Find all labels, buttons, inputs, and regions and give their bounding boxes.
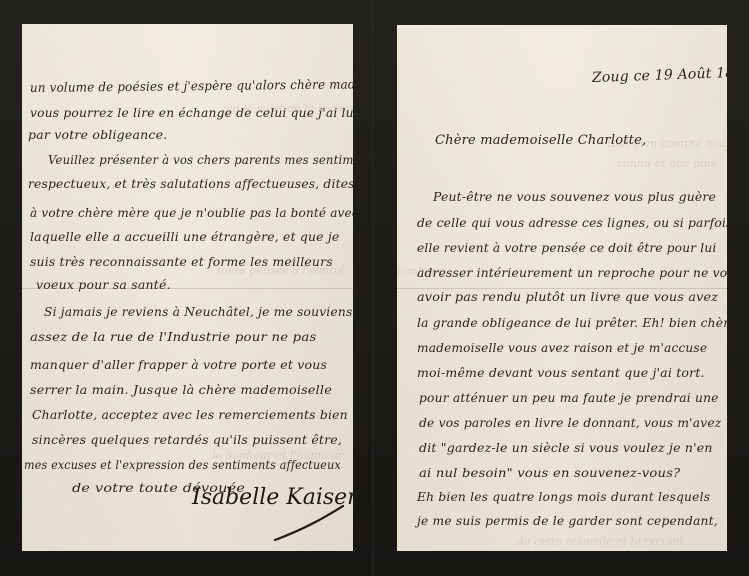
letter-line: la grande obligeance de lui prêter. Eh! … — [417, 315, 727, 330]
letter-line: respectueux, et très salutations affectu… — [28, 176, 353, 191]
letter-line: ai nul besoin" vous en souvenez-vous? — [419, 465, 680, 480]
letter-line: avoir pas rendu plutôt un livre que vous… — [417, 289, 718, 304]
signature-flourish — [267, 502, 347, 542]
letter-line: de celle qui vous adresse ces lignes, ou… — [417, 215, 727, 230]
letter-line: voeux pour sa santé. — [36, 277, 171, 292]
letter-line: mes excuses et l'expression des sentimen… — [24, 457, 341, 472]
letter-line: manquer d'aller frapper à votre porte et… — [30, 357, 327, 372]
letter-line: dit "gardez-le un siècle si vous voulez … — [419, 440, 713, 455]
letter-line: sincères quelques retardés qu'ils puisse… — [32, 432, 342, 447]
letter-line: suis très reconnaissante et forme les me… — [30, 254, 333, 269]
letter-line: je me suis permis de le garder sont cepe… — [417, 513, 718, 528]
letter-line: Eh bien les quatre longs mois durant les… — [417, 489, 710, 504]
salutation: Chère mademoiselle Charlotte, — [435, 133, 646, 148]
letter-line: Charlotte, acceptez avec les remerciemen… — [32, 407, 348, 422]
letter-line: moi-même devant vous sentant que j'ai to… — [417, 365, 705, 380]
letter-page-right: tout bien compté nous les convainc connu… — [397, 25, 727, 551]
letter-line: par votre obligeance. — [28, 127, 167, 142]
letter-line: adresser intérieurement un reproche pour… — [417, 265, 727, 280]
letter-page-left: qui le sujet de la lecture toute pensée … — [22, 24, 353, 551]
letter-line: laquelle elle a accueilli une étrangère,… — [30, 229, 339, 244]
letter-line: assez de la rue de l'Industrie pour ne p… — [30, 329, 316, 344]
letter-line: un volume de poésies et j'espère qu'alor… — [30, 76, 353, 95]
letter-line: de vos paroles en livre le donnant, vous… — [419, 415, 721, 430]
letter-line: mademoiselle vous avez raison et je m'ac… — [417, 340, 707, 355]
letter-line: pour atténuer un peu ma faute je prendra… — [419, 390, 719, 405]
center-gutter — [372, 0, 374, 576]
bleed-through-text: de cette nouvelle et le recueil — [517, 535, 683, 548]
letter-line: Si jamais je reviens à Neuchâtel, je me … — [44, 304, 352, 319]
letter-line: Peut-être ne vous souvenez vous plus guè… — [433, 189, 716, 204]
letter-line: Veuillez présenter à vos chers parents m… — [48, 152, 353, 167]
letter-line: serrer la main. Jusque là chère mademois… — [30, 382, 332, 397]
letter-line: vous pourrez le lire en échange de celui… — [30, 105, 353, 120]
bleed-through-text: connu et que plus — [617, 157, 716, 170]
letter-line: elle revient à votre pensée ce doit être… — [417, 240, 716, 255]
letter-line: à votre chère mère que je n'oublie pas l… — [30, 205, 353, 220]
dateline: Zoug ce 19 Août 1886. — [592, 64, 727, 86]
